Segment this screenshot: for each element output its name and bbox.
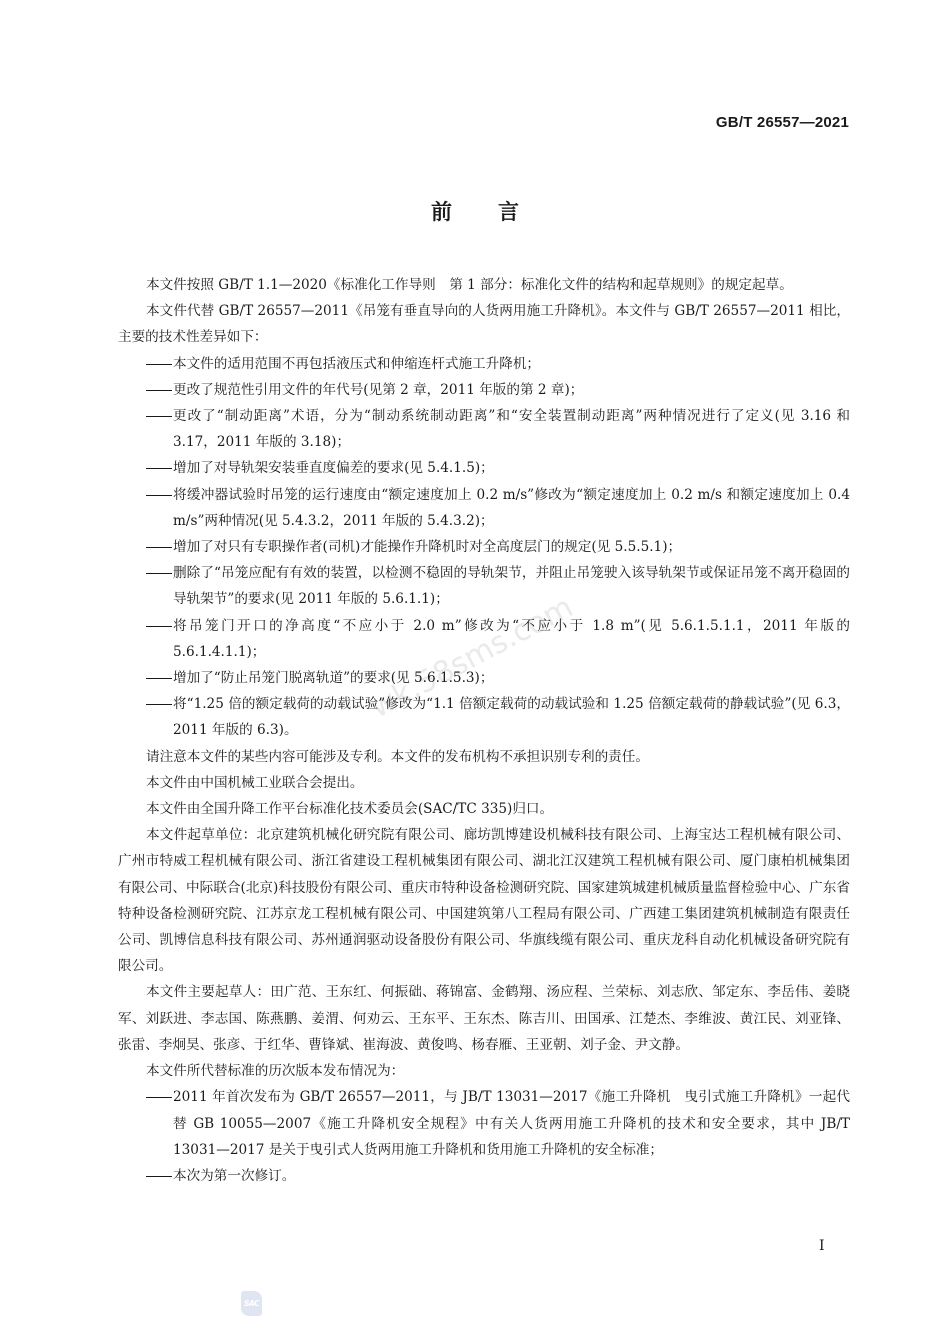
page-title: 前言	[0, 196, 950, 226]
list-item: 删除了“吊笼应配有有效的装置，以检测不稳固的导轨架节，并阻止吊笼驶入该导轨架节或…	[118, 560, 850, 612]
paragraph-proposed-by: 本文件由中国机械工业联合会提出。	[118, 770, 850, 796]
paragraph-jurisdiction: 本文件由全国升降工作平台标准化技术委员会(SAC/TC 335)归口。	[118, 796, 850, 822]
list-item: 本文件的适用范围不再包括液压式和伸缩连杆式施工升降机；	[118, 351, 850, 377]
sac-logo-icon: SAC	[241, 1291, 262, 1316]
paragraph-history-intro: 本文件所代替标准的历次版本发布情况为：	[118, 1058, 850, 1084]
paragraph-drafting-units: 本文件起草单位：北京建筑机械化研究院有限公司、廊坊凯博建设机械科技有限公司、上海…	[118, 822, 850, 979]
paragraph-main-drafters: 本文件主要起草人：田广范、王东红、何振础、蒋锦富、金鹤翔、汤应程、兰荣标、刘志欣…	[118, 979, 850, 1058]
list-item: 将“1.25 倍的额定载荷的动载试验”修改为“1.1 倍额定载荷的动载试验和 1…	[118, 691, 850, 743]
history-list: 2011 年首次发布为 GB/T 26557—2011，与 JB/T 13031…	[118, 1084, 850, 1189]
page-number: I	[819, 1238, 825, 1254]
changes-list: 本文件的适用范围不再包括液压式和伸缩连杆式施工升降机； 更改了规范性引用文件的年…	[118, 351, 850, 744]
list-item: 增加了“防止吊笼门脱离轨道”的要求(见 5.6.1.5.3)；	[118, 665, 850, 691]
list-item: 本次为第一次修订。	[118, 1163, 850, 1189]
paragraph-patent-notice: 请注意本文件的某些内容可能涉及专利。本文件的发布机构不承担识别专利的责任。	[118, 744, 850, 770]
standard-code: GB/T 26557—2021	[716, 114, 849, 131]
list-item: 更改了“制动距离”术语，分为“制动系统制动距离”和“安全装置制动距离”两种情况进…	[118, 403, 850, 455]
list-item: 将吊笼门开口的净高度“不应小于 2.0 m”修改为“不应小于 1.8 m”(见 …	[118, 613, 850, 665]
document-body: 本文件按照 GB/T 1.1—2020《标准化工作导则 第 1 部分：标准化文件…	[118, 272, 850, 1189]
paragraph-drafting-rule: 本文件按照 GB/T 1.1—2020《标准化工作导则 第 1 部分：标准化文件…	[118, 272, 850, 298]
paragraph-replaces: 本文件代替 GB/T 26557—2011《吊笼有垂直导向的人货两用施工升降机》…	[118, 298, 850, 350]
list-item: 将缓冲器试验时吊笼的运行速度由“额定速度加上 0.2 m/s”修改为“额定速度加…	[118, 482, 850, 534]
list-item: 更改了规范性引用文件的年代号(见第 2 章，2011 年版的第 2 章)；	[118, 377, 850, 403]
list-item: 2011 年首次发布为 GB/T 26557—2011，与 JB/T 13031…	[118, 1084, 850, 1163]
list-item: 增加了对只有专职操作者(司机)才能操作升降机时对全高度层门的规定(见 5.5.5…	[118, 534, 850, 560]
list-item: 增加了对导轨架安装垂直度偏差的要求(见 5.4.1.5)；	[118, 455, 850, 481]
